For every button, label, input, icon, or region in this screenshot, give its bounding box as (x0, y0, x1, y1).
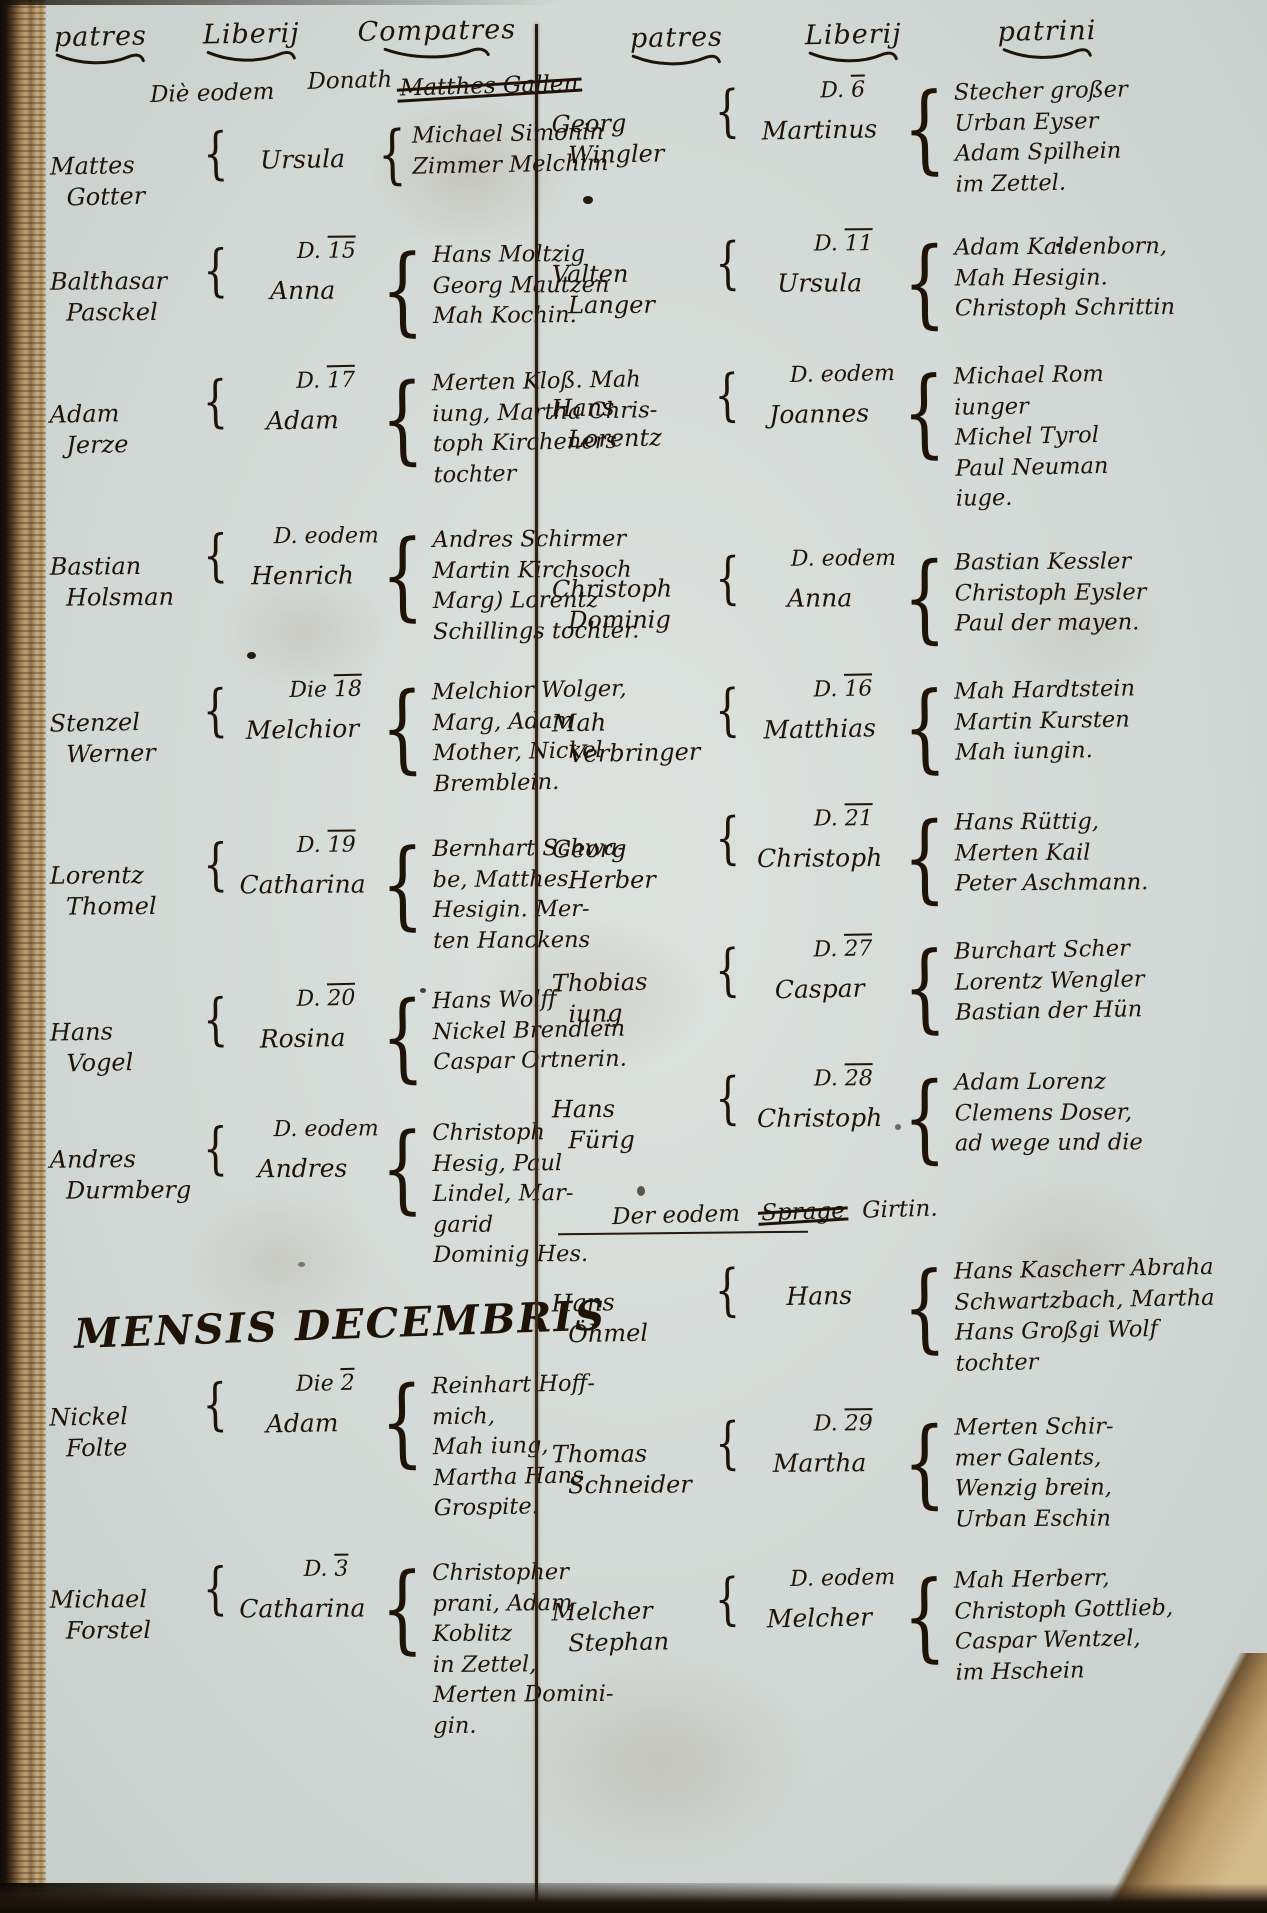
header-liberi: Liberij (203, 18, 301, 65)
brace-icon: { (715, 236, 740, 292)
day-number: 2 (340, 1368, 355, 1396)
entry-date: D. 19 (257, 832, 395, 858)
brace-icon: { (202, 1377, 228, 1433)
father-name: HansLorentz (551, 365, 711, 456)
father-name: AdamJerze (49, 371, 199, 462)
entry-mid: D. eodemAnna (745, 546, 893, 613)
child-name: Anna (234, 276, 372, 306)
sponsor-list: Bastian KesslerChristoph EyslerPaul der … (954, 544, 1232, 640)
entry-mid: D. eodemAndres (233, 1116, 371, 1183)
sponsor-line: Schwartzbach, Martha (954, 1282, 1232, 1318)
note-date: Der eodem (612, 1201, 741, 1230)
header-patrini: patrini (997, 15, 1097, 62)
sponsor-list: Adam Kaldenborn,Mah Hesigin.Christoph Sc… (954, 229, 1232, 325)
brace-icon: { (380, 1120, 423, 1216)
right-page: patres Liberij patrini GeorgWingler{D. 6… (552, 18, 1232, 1719)
day-number: 18 (334, 674, 363, 703)
brace-icon: { (715, 551, 740, 607)
brace-icon: { (203, 528, 228, 584)
crossed-out-text: Sprage (761, 1198, 845, 1226)
father-name: NickelFolte (49, 1374, 199, 1465)
ink-stain (895, 1124, 901, 1130)
father-name: MelcherStephan (551, 1569, 711, 1660)
brace-icon: { (901, 364, 946, 461)
sponsor-line: Wenzig brein, (955, 1472, 1232, 1505)
sponsor-list: Burchart ScherLorentz WenglerBastian der… (954, 930, 1233, 1029)
sponsor-list: Adam LorenzClemens Doser,ad wege und die (954, 1064, 1232, 1160)
book-bottom-edge (0, 1883, 1267, 1913)
brace-icon: { (380, 680, 425, 777)
entry-date: D. 28 (769, 1066, 917, 1092)
register-entry: HansFürig{D. 28Christoph{Adam LorenzClem… (552, 1064, 1233, 1169)
sponsor-line: Mah iungin. (955, 733, 1233, 769)
brace-icon: { (902, 1568, 947, 1665)
register-entry: AndresDurmberg{D. eodemAndres{ChristophH… (49, 1115, 535, 1273)
flourish-underline (631, 51, 723, 69)
sponsor-line: Bastian der Hün (955, 993, 1233, 1029)
child-name: Joannes (745, 398, 894, 430)
sponsor-line: mer Galents, (955, 1441, 1232, 1474)
brace-icon: { (714, 84, 740, 140)
entry-date: D. eodem (257, 1116, 395, 1142)
child-name: Adam (233, 405, 372, 437)
child-name: Catharina (233, 869, 371, 899)
sponsor-line: Adam Kaldenborn, (954, 231, 1231, 264)
brace-icon: { (714, 683, 740, 739)
sponsor-line: Peter Aschmann. (955, 867, 1232, 900)
father-name: ValtenLanger (552, 233, 711, 322)
book-corner-pages (1097, 1653, 1267, 1913)
brace-icon: { (203, 244, 228, 300)
father-name: MattesGotter (49, 123, 199, 214)
book-spine-edge (0, 0, 46, 1913)
entry-mid: D. 19Catharina (233, 832, 371, 899)
sponsor-line: Christoph Schrittin (955, 292, 1232, 325)
child-name: Matthias (745, 713, 894, 745)
day-number: 21 (845, 803, 873, 831)
child-name: Hans (745, 1280, 894, 1312)
day-note: Der eodem Sprage Girtin. (612, 1188, 1232, 1230)
brace-icon: { (902, 1070, 945, 1166)
column-headers-right: patres Liberij patrini (630, 13, 1233, 68)
child-name: Anna (746, 583, 894, 613)
month-heading: MENSIS DECEMBRIS (73, 1294, 535, 1358)
entry-mid: D. eodemHenrich (233, 523, 371, 590)
entry-mid: D. eodemJoannes (744, 361, 893, 430)
sponsor-line: Paul der mayen. (955, 607, 1232, 640)
child-name: Caspar (745, 973, 894, 1005)
day-number: 15 (328, 236, 356, 264)
brace-icon: { (203, 1561, 228, 1617)
father-name: BastianHolsman (50, 524, 199, 613)
sponsor-list: Michael RomiungerMichel TyrolPaul Neuman… (953, 355, 1233, 515)
entry-date: D. eodem (768, 1565, 916, 1593)
father-name: GeorgWingler (551, 81, 711, 172)
child-name: Ursula (233, 143, 372, 175)
ink-stain (247, 652, 256, 659)
day-number: 19 (328, 829, 356, 857)
entry-mid: D. 16Matthias (745, 676, 894, 745)
sponsor-line: Merten Kail (955, 837, 1232, 870)
register-entry: MattesGotter{Ursula{Michael SimoninZimme… (49, 116, 536, 214)
ink-stain (1056, 243, 1061, 247)
separator-line (558, 1231, 808, 1236)
brace-icon: { (714, 1263, 740, 1319)
flourish-underline (382, 44, 492, 62)
father-name: MahVerbringer (551, 680, 711, 771)
day-number: 29 (845, 1408, 873, 1436)
child-name: Ursula (746, 268, 894, 298)
sponsor-line: Merten Schir- (954, 1410, 1231, 1443)
sponsor-line: tochter (955, 1344, 1233, 1380)
brace-icon: { (380, 527, 423, 623)
book-top-edge (0, 0, 560, 5)
brace-icon: { (380, 988, 425, 1085)
entry-mid: D. 6Martinus (744, 77, 893, 146)
father-name: BalthasarPasckel (50, 240, 199, 329)
brace-icon: { (203, 837, 228, 893)
child-name: Melchior (233, 714, 372, 746)
child-name: Rosina (233, 1022, 372, 1054)
father-name: HansÖhmel (551, 1260, 711, 1351)
father-name: Thobiasiung (551, 940, 711, 1031)
brace-icon: { (715, 811, 740, 867)
header-liberi: Liberij (805, 19, 903, 66)
child-name: Melcher (745, 1602, 894, 1634)
father-name: LorentzThomel (50, 833, 199, 922)
day-number: 28 (845, 1063, 873, 1091)
sponsor-line: Adam Lorenz (954, 1066, 1231, 1099)
day-number: 16 (844, 674, 873, 703)
sponsor-line: Christoph Eysler (955, 577, 1232, 610)
entry-date: D. 6 (768, 77, 916, 105)
child-name: Andres (233, 1153, 371, 1183)
register-entry: Thobiasiung{D. 27Caspar{Burchart ScherLo… (551, 930, 1233, 1043)
register-entry: ThomasSchneider{D. 29Martha{Merten Schir… (552, 1408, 1233, 1537)
child-name: Christoph (746, 1103, 894, 1133)
entry-list: HansÖhmel{Hans{Hans Kascherr AbrahaSchwa… (552, 1256, 1232, 1689)
entry-mid: D. 27Caspar (745, 936, 894, 1005)
entry-mid: D. 15Anna (233, 239, 371, 306)
entry-mid: Die 2Adam (232, 1370, 371, 1439)
entry-mid: Die 18Melchior (232, 677, 371, 746)
entry-date: Die 18 (256, 676, 394, 704)
register-entry: HansÖhmel{Hans{Hans Kascherr AbrahaSchwa… (551, 1250, 1233, 1387)
entry-date: D. eodem (768, 361, 916, 389)
brace-icon: { (902, 1414, 945, 1510)
sponsor-line: Urban Eschin (955, 1502, 1232, 1535)
register-entry: BalthasarPasckel{D. 15Anna{Hans MoltzigG… (50, 238, 536, 341)
column-headers-left: patres Liberij Compatres (50, 14, 536, 67)
register-entry: GeorgWingler{D. 6Martinus{Stecher großer… (551, 70, 1233, 207)
entry-date: D. 17 (256, 367, 394, 395)
register-entry: HansVogel{D. 20Rosina{Hans WolffNickel B… (49, 982, 536, 1091)
entry-date: D. 3 (257, 1556, 395, 1582)
ink-stain (637, 1186, 645, 1196)
ink-stain (420, 988, 426, 993)
register-entry: LorentzThomel{D. 19Catharina{Bernhart Sc… (50, 831, 536, 959)
child-name: Martinus (745, 114, 894, 146)
brace-icon: { (902, 235, 945, 331)
register-entry: BastianHolsman{D. eodemHenrich{Andres Sc… (50, 522, 536, 650)
flourish-underline (1001, 44, 1093, 62)
brace-icon: { (202, 375, 228, 431)
brace-icon: { (714, 1572, 740, 1628)
register-entry: ValtenLanger{D. 11Ursula{Adam Kaldenborn… (552, 229, 1233, 334)
day-note: Diè eodem Donath Matthes Gallen (150, 72, 536, 108)
ink-stain (1067, 248, 1071, 251)
brace-icon: { (714, 943, 740, 999)
day-number: 20 (327, 983, 356, 1012)
note-date: Diè eodem (150, 79, 275, 108)
father-name: HansFürig (552, 1068, 711, 1157)
entry-list: GeorgWingler{D. 6Martinus{Stecher großer… (552, 77, 1232, 1166)
sponsor-line: Bastian Kessler (954, 546, 1231, 579)
father-name: MichaelForstel (49, 1557, 198, 1646)
entry-date: Die 2 (256, 1370, 394, 1398)
brace-icon: { (203, 126, 229, 182)
brace-icon: { (902, 679, 947, 776)
father-name: AndresDurmberg (49, 1118, 198, 1207)
register-entry: ChristophDominig{D. eodemAnna{Bastian Ke… (552, 544, 1233, 649)
header-patres: patres (630, 22, 724, 69)
day-number: 17 (327, 365, 356, 394)
entry-list: MattesGotter{Ursula{Michael SimoninZimme… (50, 121, 535, 1272)
header-patres: patres (54, 21, 148, 68)
manuscript-photo: patres Liberij Compatres Diè eodem Donat… (0, 0, 1267, 1913)
brace-icon: { (203, 1121, 228, 1177)
child-name: Christoph (746, 843, 894, 873)
flourish-underline (55, 50, 147, 68)
ink-stain (298, 1262, 305, 1267)
father-name: GeorgHerber (552, 808, 711, 897)
left-page: patres Liberij Compatres Diè eodem Donat… (50, 18, 535, 1772)
entry-mid: D. 20Rosina (233, 985, 372, 1054)
entry-date: D. 21 (769, 806, 917, 832)
entry-date: D. eodem (257, 523, 395, 549)
brace-icon: { (902, 1259, 947, 1356)
father-name: ThomasSchneider (552, 1412, 711, 1501)
register-entry: MahVerbringer{D. 16Matthias{Mah Hardtste… (551, 670, 1233, 783)
header-compatres: Compatres (357, 14, 516, 62)
note-word: Donath (307, 67, 393, 95)
register-entry: GeorgHerber{D. 21Christoph{Hans Rüttig,M… (552, 804, 1233, 909)
day-number: 11 (845, 229, 873, 257)
sponsor-line: iuge. (956, 479, 1234, 515)
entry-mid: D. eodemMelcher (744, 1565, 893, 1634)
brace-icon: { (380, 242, 423, 338)
entry-mid: Hans (744, 1256, 893, 1312)
brace-icon: { (714, 368, 740, 424)
sponsor-list: Merten Schir-mer Galents,Wenzig brein,Ur… (954, 1408, 1232, 1534)
note-word: Girtin. (862, 1196, 938, 1224)
brace-icon: { (377, 123, 407, 188)
register-entry: HansLorentz{D. eodemJoannes{Michael Romi… (551, 355, 1234, 523)
father-name: HansVogel (49, 989, 199, 1080)
brace-icon: { (379, 1373, 424, 1470)
brace-icon: { (715, 1416, 740, 1472)
entry-mid: D. 3Catharina (233, 1556, 371, 1623)
day-number: 6 (851, 75, 866, 103)
father-name: StenzelWerner (49, 680, 199, 771)
entry-mid: D. 11Ursula (745, 231, 893, 298)
entry-date: D. 15 (257, 239, 395, 265)
father-name: ChristophDominig (552, 548, 711, 637)
child-name: Adam (233, 1407, 372, 1439)
flourish-underline (807, 48, 899, 66)
entry-date: D. 20 (257, 985, 395, 1013)
sponsor-line: im Zettel. (955, 164, 1233, 200)
day-number: 27 (844, 934, 873, 963)
brace-icon: { (902, 80, 947, 177)
brace-icon: { (380, 1560, 423, 1656)
brace-icon: { (380, 836, 423, 932)
entry-date: D. 29 (769, 1411, 917, 1437)
sponsor-list: Hans Kascherr AbrahaSchwartzbach, Martha… (954, 1250, 1234, 1380)
entry-mid: D. 29Martha (745, 1411, 893, 1478)
sponsor-list: Stecher großerUrban EyserAdam Spilheinim… (954, 70, 1234, 200)
entry-date: D. 11 (769, 231, 917, 257)
brace-icon: { (902, 939, 947, 1036)
register-entry: NickelFolte{Die 2Adam{Reinhart Hoff-mich… (49, 1367, 537, 1531)
entry-date: D. eodem (769, 546, 917, 572)
brace-icon: { (902, 810, 945, 906)
brace-icon: { (202, 683, 228, 739)
entry-mid: D. 17Adam (232, 368, 371, 437)
sponsor-line: Hans Rüttig, (954, 806, 1231, 839)
day-number: 3 (334, 1553, 348, 1581)
brace-icon: { (202, 992, 228, 1048)
ink-stain (583, 196, 593, 204)
register-entry: AdamJerze{D. 17Adam{Merten Kloß. Mahiung… (49, 365, 536, 499)
entry-mid: D. 28Christoph (745, 1066, 893, 1133)
sponsor-list: Mah HardtsteinMartin KurstenMah iungin. (954, 670, 1233, 769)
child-name: Catharina (233, 1593, 371, 1623)
brace-icon: { (380, 371, 425, 468)
child-name: Martha (745, 1448, 893, 1478)
entry-date: D. 27 (769, 936, 917, 964)
entry-mid: D. 21Christoph (745, 806, 893, 873)
page-divider-line (535, 24, 538, 1913)
register-entry: MichaelForstel{D. 3Catharina{Christopher… (49, 1555, 535, 1744)
child-name: Henrich (233, 560, 371, 590)
brace-icon: { (902, 550, 945, 646)
entry-date: D. 16 (769, 676, 917, 704)
sponsor-line: Clemens Doser, (955, 1097, 1232, 1130)
sponsor-line: ad wege und die (955, 1127, 1232, 1160)
register-entry: StenzelWerner{Die 18Melchior{Melchior Wo… (49, 673, 536, 807)
entry-mid: Ursula (233, 119, 372, 175)
brace-icon: { (715, 1071, 740, 1127)
sponsor-list: Hans Rüttig,Merten KailPeter Aschmann. (954, 804, 1232, 900)
flourish-underline (205, 47, 297, 65)
sponsor-line: Mah Hesigin. (955, 262, 1232, 295)
entry-list: NickelFolte{Die 2Adam{Reinhart Hoff-mich… (50, 1372, 535, 1743)
